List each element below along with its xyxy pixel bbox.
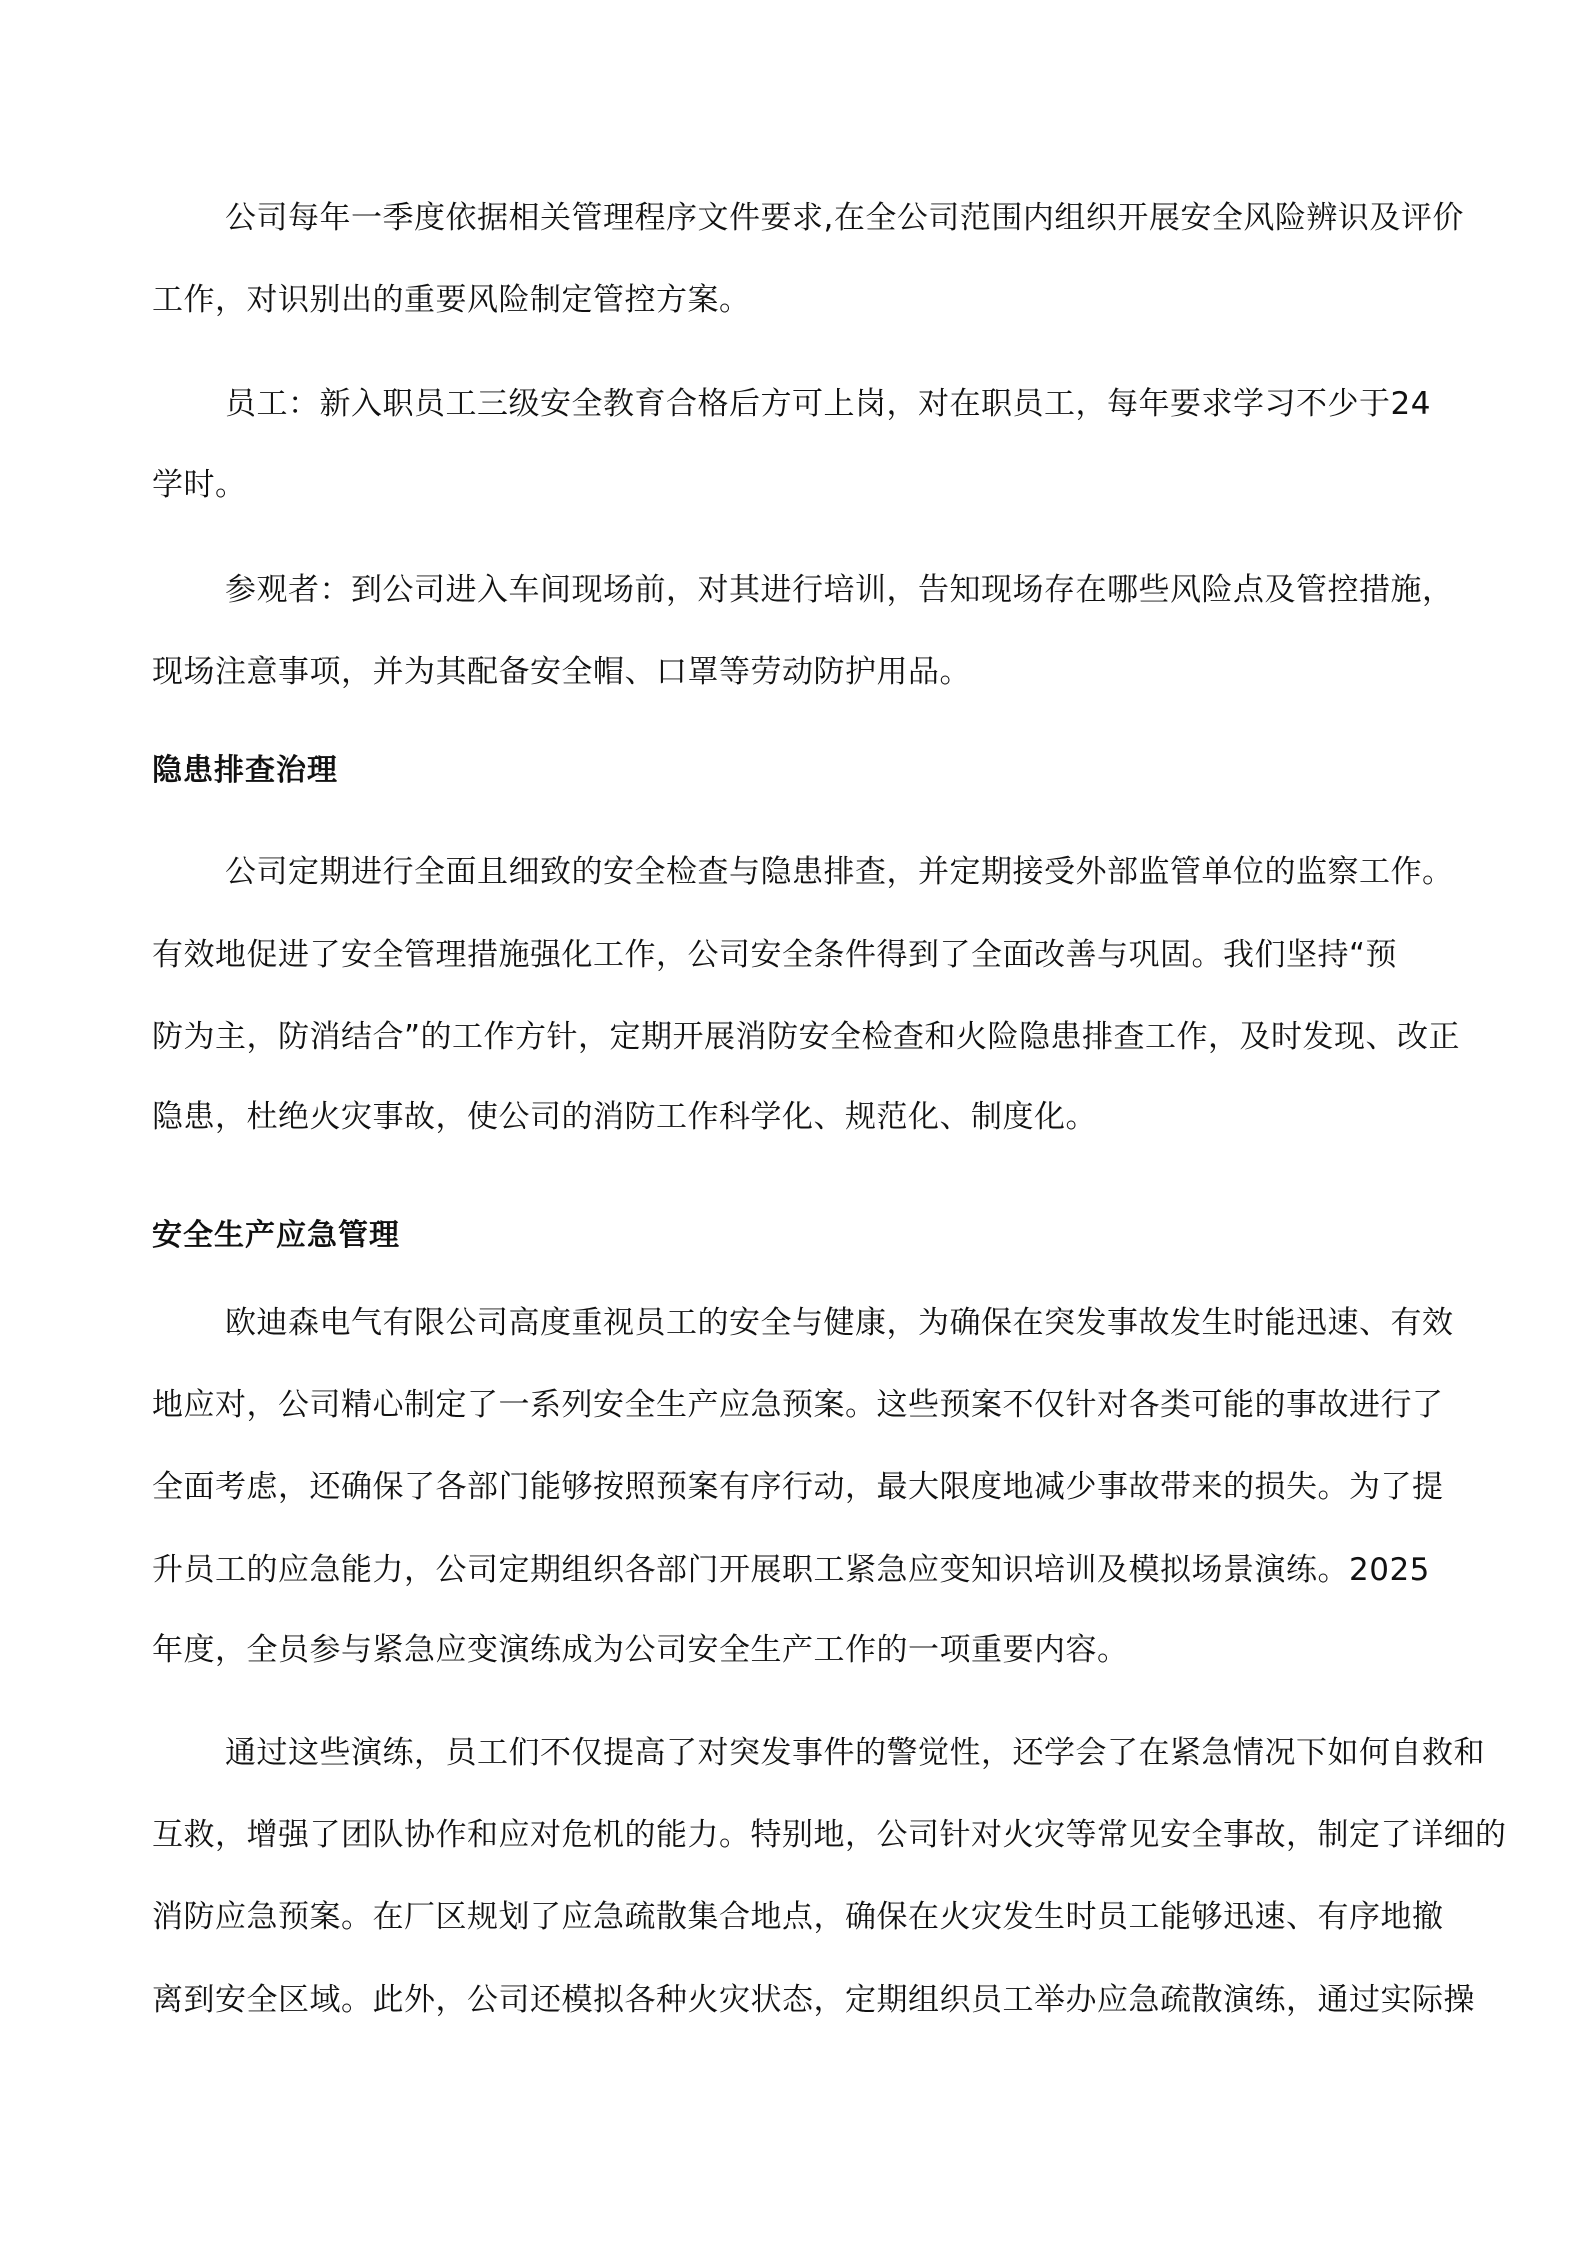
paragraph-3-line-2: 现场注意事项，并为其配备安全帽、口罩等劳动防护用品。	[152, 652, 1452, 692]
paragraph-1-line-2: 工作，对识别出的重要风险制定管控方案。	[152, 280, 1452, 320]
paragraph-4-line-1: 公司定期进行全面且细致的安全检查与隐患排查，并定期接受外部监管单位的监察工作。	[225, 852, 1525, 892]
document-page: 公司每年一季度依据相关管理程序文件要求,在全公司范围内组织开展安全风险辨识及评价…	[0, 0, 1587, 2245]
paragraph-5-line-1: 欧迪森电气有限公司高度重视员工的安全与健康，为确保在突发事故发生时能迅速、有效	[225, 1303, 1525, 1343]
paragraph-5-line-5: 年度，全员参与紧急应变演练成为公司安全生产工作的一项重要内容。	[152, 1630, 1452, 1670]
paragraph-4-line-3: 防为主，防消结合”的工作方针，定期开展消防安全检查和火险隐患排查工作，及时发现、…	[152, 1017, 1452, 1057]
paragraph-6-line-1: 通过这些演练，员工们不仅提高了对突发事件的警觉性，还学会了在紧急情况下如何自救和	[225, 1733, 1525, 1773]
paragraph-2-line-2: 学时。	[152, 465, 1452, 505]
paragraph-1-line-1: 公司每年一季度依据相关管理程序文件要求,在全公司范围内组织开展安全风险辨识及评价	[225, 198, 1525, 238]
paragraph-4-line-4: 隐患，杜绝火灾事故，使公司的消防工作科学化、规范化、制度化。	[152, 1097, 1452, 1137]
paragraph-5-line-2: 地应对，公司精心制定了一系列安全生产应急预案。这些预案不仅针对各类可能的事故进行…	[152, 1385, 1452, 1425]
paragraph-6-line-4: 离到安全区域。此外，公司还模拟各种火灾状态，定期组织员工举办应急疏散演练，通过实…	[152, 1980, 1452, 2020]
paragraph-6-line-3: 消防应急预案。在厂区规划了应急疏散集合地点，确保在火灾发生时员工能够迅速、有序地…	[152, 1897, 1452, 1937]
section-heading-hazard-inspection: 隐患排查治理	[152, 751, 338, 791]
paragraph-4-line-2: 有效地促进了安全管理措施强化工作，公司安全条件得到了全面改善与巩固。我们坚持“预	[152, 935, 1452, 975]
paragraph-2-line-1: 员工：新入职员工三级安全教育合格后方可上岗，对在职员工，每年要求学习不少于24	[225, 384, 1525, 424]
paragraph-3-line-1: 参观者：到公司进入车间现场前，对其进行培训，告知现场存在哪些风险点及管控措施，	[225, 570, 1525, 610]
paragraph-5-line-3: 全面考虑，还确保了各部门能够按照预案有序行动，最大限度地减少事故带来的损失。为了…	[152, 1467, 1452, 1507]
paragraph-6-line-2: 互救，增强了团队协作和应对危机的能力。特别地，公司针对火灾等常见安全事故，制定了…	[152, 1815, 1452, 1855]
section-heading-emergency-management: 安全生产应急管理	[152, 1216, 400, 1256]
paragraph-5-line-4: 升员工的应急能力，公司定期组织各部门开展职工紧急应变知识培训及模拟场景演练。20…	[152, 1550, 1452, 1590]
